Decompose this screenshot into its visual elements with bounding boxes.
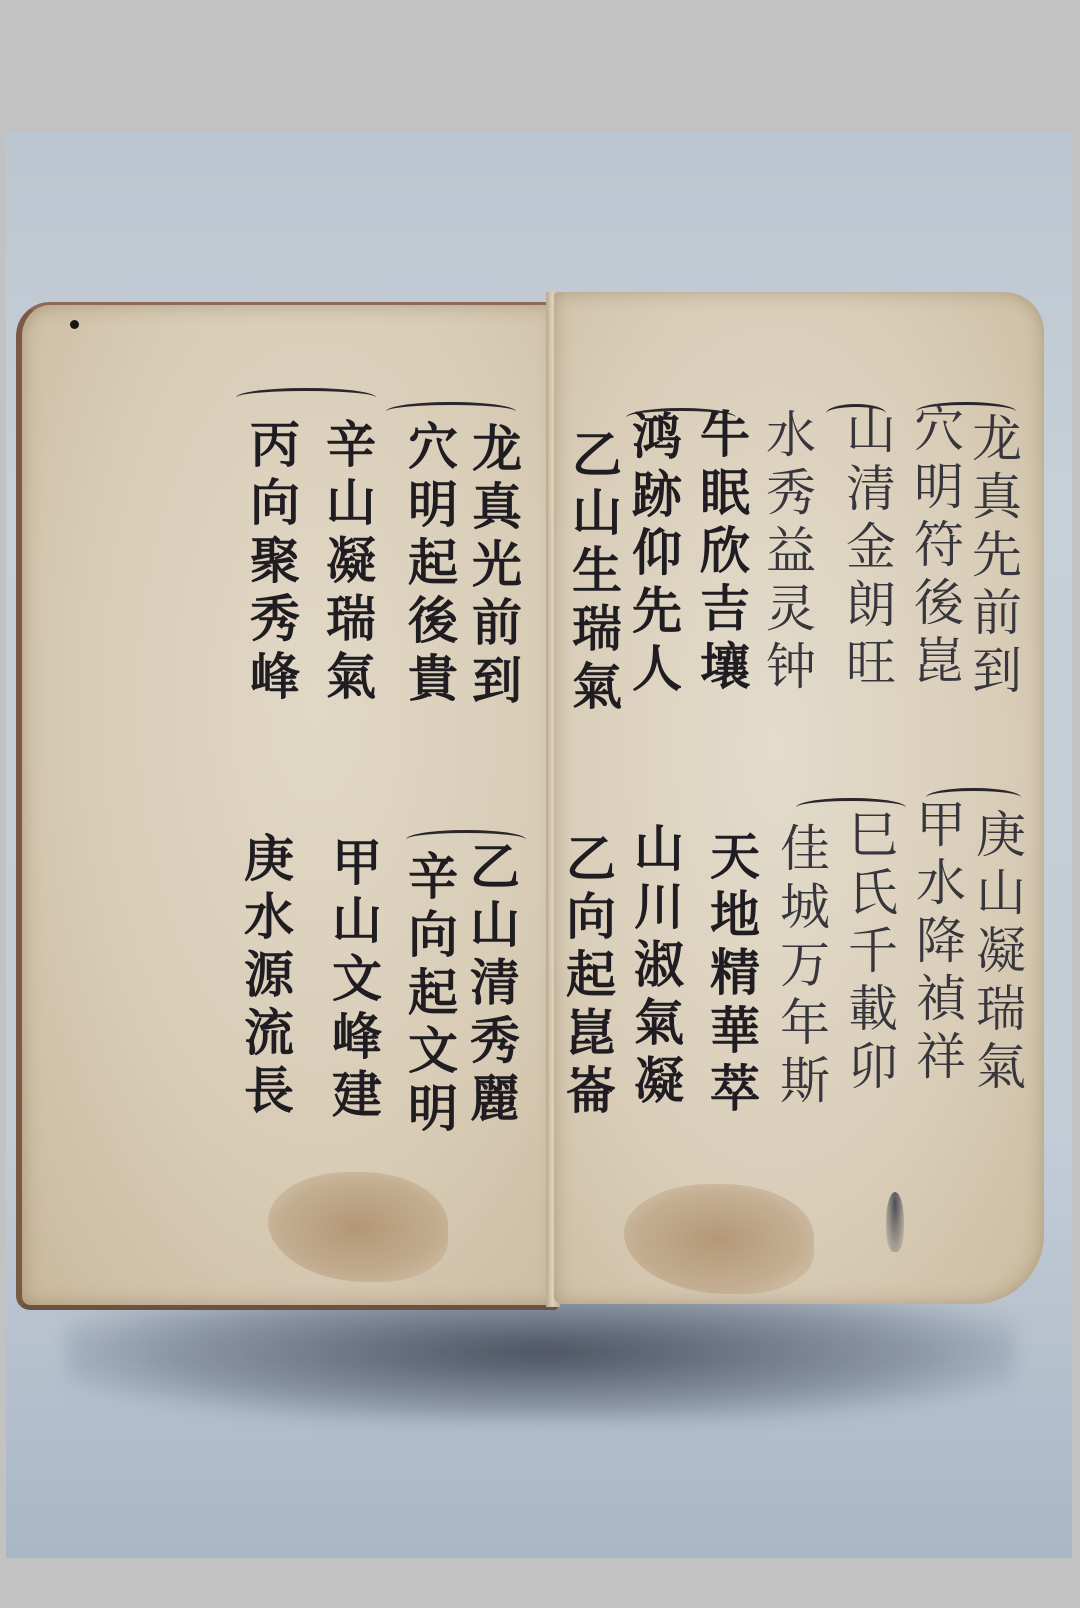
text-column: 甲水降禎祥 [912,798,962,1088]
text-column: 乙向起崑崙 [562,832,612,1122]
text-column: 辛山凝瑞氣 [322,418,372,708]
text-column: 乙山清秀麗 [466,840,516,1130]
text-column: 丙向聚秀峰 [246,418,296,708]
mark-arc [386,402,516,421]
text-column: 牛眠欣吉壤 [696,408,746,698]
text-column: 山川淑氣凝 [630,822,680,1112]
text-column: 水秀益灵钟 [762,408,812,698]
text-column: 鸿跡仰先人 [628,410,678,700]
ink-drip [886,1192,904,1252]
mark-arc [236,388,376,407]
text-column: 辛向起文明 [404,850,454,1140]
text-column: 佳城万年斯 [776,822,826,1112]
text-column: 穴明符後崑 [910,402,960,692]
photograph: 龙真先前到 穴明符後崑 山清金朗旺 水秀益灵钟 牛眠欣吉壤 鸿跡仰先人 乙山生瑞… [6,132,1072,1558]
text-column: 穴明起後貴 [404,420,454,710]
open-book: 龙真先前到 穴明符後崑 山清金朗旺 水秀益灵钟 牛眠欣吉壤 鸿跡仰先人 乙山生瑞… [6,132,1072,1558]
text-column: 龙真光前到 [468,422,518,712]
worm-hole [70,320,79,329]
text-column: 庚水源流長 [240,832,290,1122]
text-column: 天地精華萃 [706,830,756,1120]
text-column: 庚山凝瑞氣 [972,808,1022,1098]
text-column: 甲山文峰建 [328,836,378,1126]
text-column: 山清金朗旺 [842,404,892,694]
text-column: 巳氏千載卯 [844,808,894,1098]
text-column: 龙真先前到 [968,412,1018,702]
text-column: 乙山生瑞氣 [568,428,618,718]
